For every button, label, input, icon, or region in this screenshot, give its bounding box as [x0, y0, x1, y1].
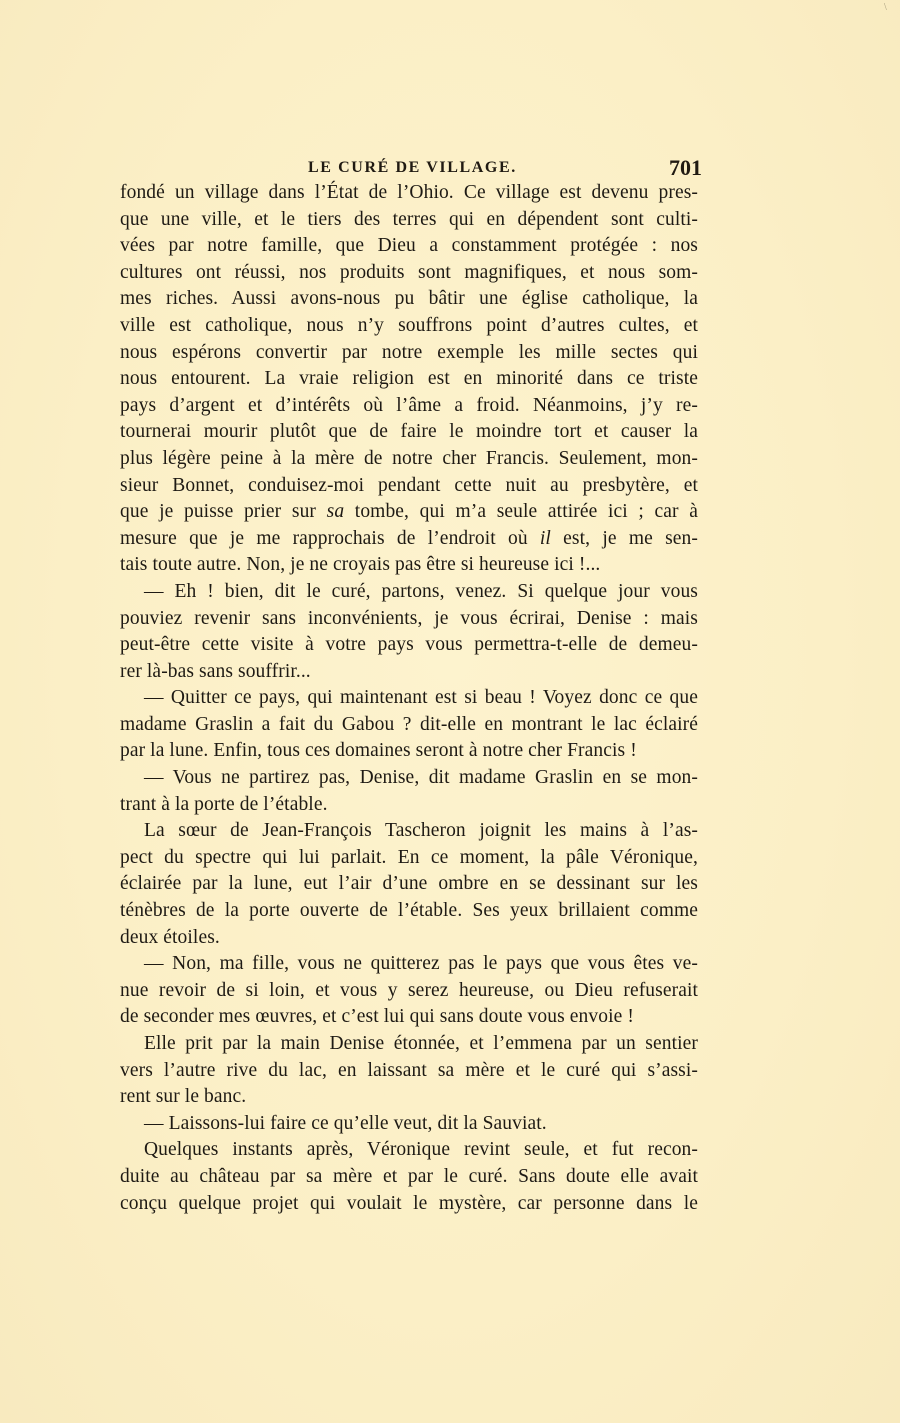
page-number: 701 [669, 155, 702, 181]
text-line: de seconder mes œuvres, et c’est lui qui… [120, 1004, 698, 1031]
text-line: mes riches. Aussi avons-nous pu bâtir un… [120, 286, 698, 313]
text-line: cultures ont réussi, nos produits sont m… [120, 260, 698, 287]
italic-text: il [540, 528, 551, 549]
text-line: pays d’argent et d’intérêts où l’âme a f… [120, 393, 698, 420]
text-line: tournerai mourir plutôt que de faire le … [120, 419, 698, 446]
text-line: Elle prit par la main Denise étonnée, et… [120, 1031, 698, 1058]
text-line: que une ville, et le tiers des terres qu… [120, 207, 698, 234]
text-line: par la lune. Enfin, tous ces domaines se… [120, 738, 698, 765]
text-line: ténèbres de la porte ouverte de l’étable… [120, 898, 698, 925]
paragraph: — Eh ! bien, dit le curé, partons, venez… [120, 579, 698, 685]
text-line: — Laissons-lui faire ce qu’elle veut, di… [120, 1111, 698, 1138]
text-line: conçu quelque projet qui voulait le myst… [120, 1191, 698, 1218]
italic-text: sa [327, 501, 345, 522]
text-line: — Non, ma fille, vous ne quitterez pas l… [120, 951, 698, 978]
paragraph: Elle prit par la main Denise étonnée, et… [120, 1031, 698, 1111]
page-header: LE CURÉ DE VILLAGE. 701 [120, 155, 710, 183]
scan-mark: \ [884, 2, 887, 13]
book-page: \ LE CURÉ DE VILLAGE. 701 fondé un villa… [0, 0, 900, 1423]
text-line: — Vous ne partirez pas, Denise, dit mada… [120, 765, 698, 792]
text-line: peut-être cette visite à votre pays vous… [120, 632, 698, 659]
text-line: nous entourent. La vraie religion est en… [120, 366, 698, 393]
text-line: sieur Bonnet, conduisez-moi pendant cett… [120, 473, 698, 500]
paragraph: — Non, ma fille, vous ne quitterez pas l… [120, 951, 698, 1031]
paragraph: — Quitter ce pays, qui maintenant est si… [120, 685, 698, 765]
text-line: — Eh ! bien, dit le curé, partons, venez… [120, 579, 698, 606]
text-line: rent sur le banc. [120, 1084, 698, 1111]
text-line: nous espérons convertir par notre exempl… [120, 340, 698, 367]
text-line: trant à la porte de l’étable. [120, 792, 698, 819]
paragraph: fondé un village dans l’État de l’Ohio. … [120, 180, 698, 579]
text-line: madame Graslin a fait du Gabou ? dit-ell… [120, 712, 698, 739]
text-line: La sœur de Jean-François Tascheron joign… [120, 818, 698, 845]
text-line: deux étoiles. [120, 925, 698, 952]
text-line: éclairée par la lune, eut l’air d’une om… [120, 871, 698, 898]
text-line: vers l’autre rive du lac, en laissant sa… [120, 1058, 698, 1085]
text-line: Quelques instants après, Véronique revin… [120, 1137, 698, 1164]
text-line: tais toute autre. Non, je ne croyais pas… [120, 552, 698, 579]
text-line: plus légère peine à la mère de notre che… [120, 446, 698, 473]
text-line: rer là-bas sans souffrir... [120, 659, 698, 686]
text-line: mesure que je me rapprochais de l’endroi… [120, 526, 698, 553]
body-text: fondé un village dans l’État de l’Ohio. … [120, 180, 698, 1217]
text-line: que je puisse prier sur sa tombe, qui m’… [120, 499, 698, 526]
running-title: LE CURÉ DE VILLAGE. [308, 159, 517, 177]
text-line: nue revoir de si loin, et vous y serez h… [120, 978, 698, 1005]
text-line: pouviez revenir sans inconvénients, je v… [120, 606, 698, 633]
text-line: pect du spectre qui lui parlait. En ce m… [120, 845, 698, 872]
paragraph: Quelques instants après, Véronique revin… [120, 1137, 698, 1217]
paragraph: — Vous ne partirez pas, Denise, dit mada… [120, 765, 698, 818]
text-line: — Quitter ce pays, qui maintenant est si… [120, 685, 698, 712]
text-line: duite au château par sa mère et par le c… [120, 1164, 698, 1191]
text-line: fondé un village dans l’État de l’Ohio. … [120, 180, 698, 207]
text-line: vées par notre famille, que Dieu a const… [120, 233, 698, 260]
paragraph: — Laissons-lui faire ce qu’elle veut, di… [120, 1111, 698, 1138]
text-line: ville est catholique, nous n’y souffrons… [120, 313, 698, 340]
paragraph: La sœur de Jean-François Tascheron joign… [120, 818, 698, 951]
